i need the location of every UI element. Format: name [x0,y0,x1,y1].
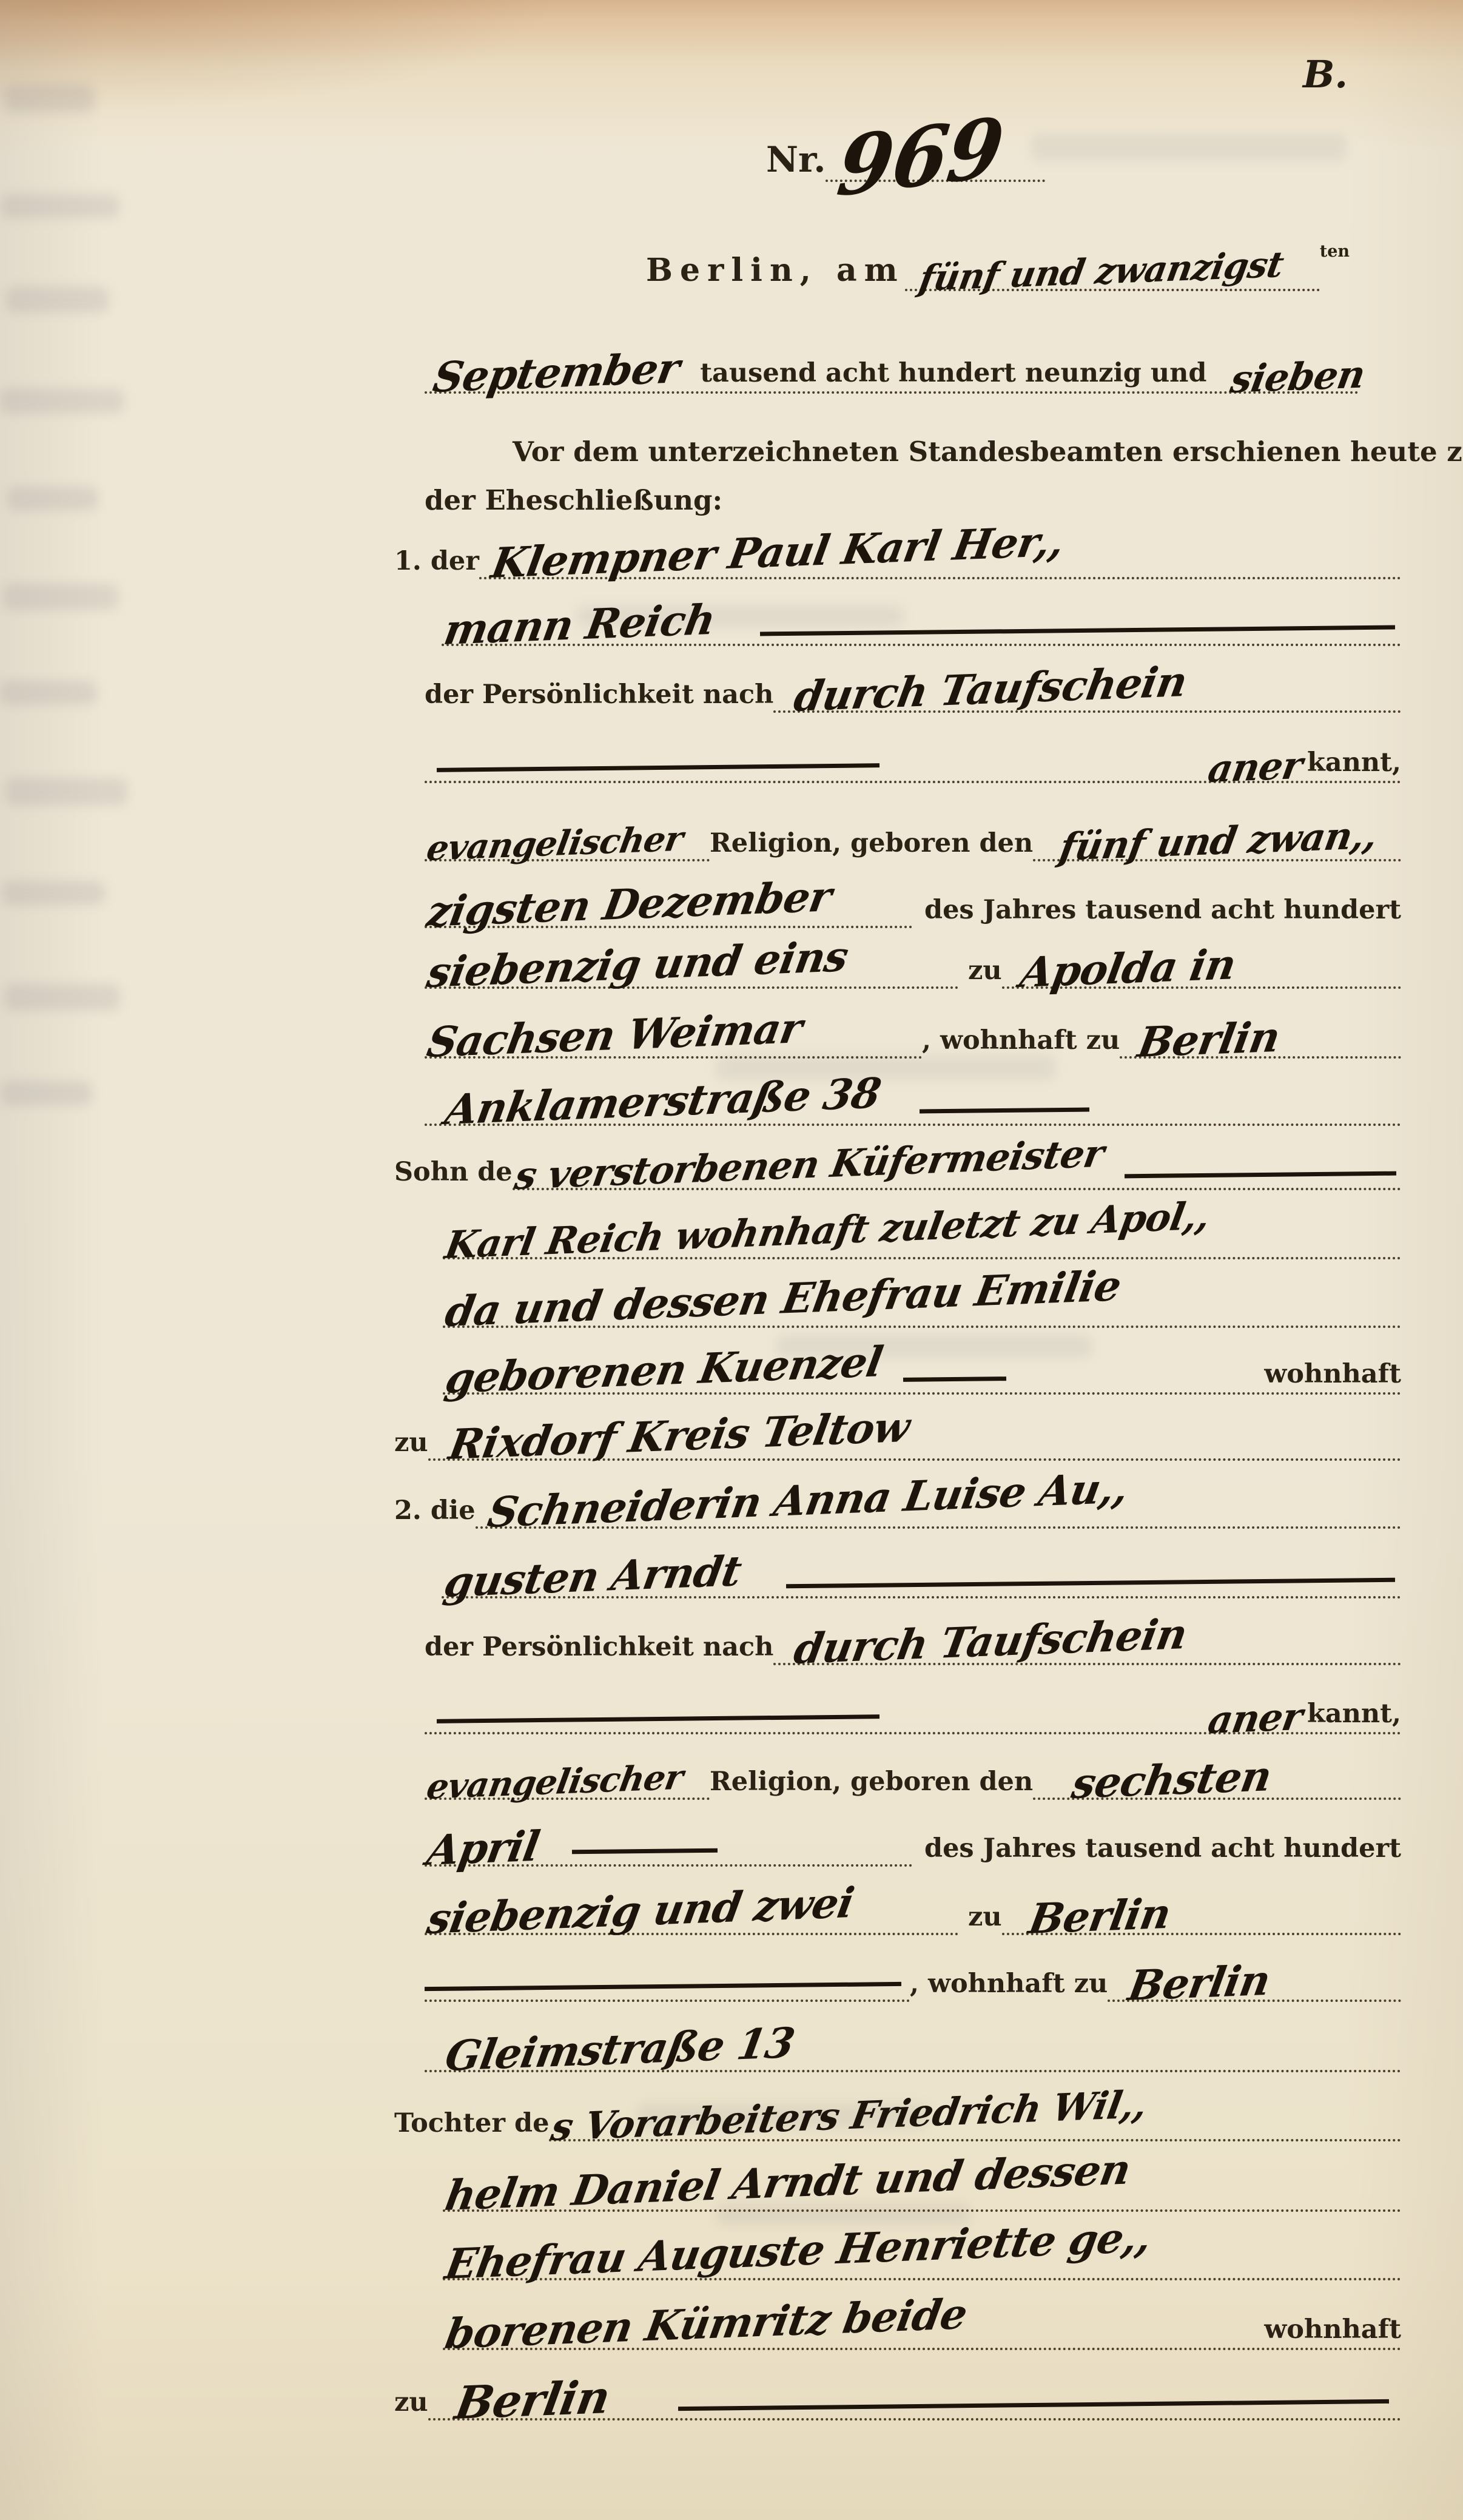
bride-birth-place: Berlin [1026,1897,1173,1938]
bride-address-row: Gleimstraße 13 [425,2012,1401,2072]
groom-residence-fill: Berlin [1120,1026,1401,1059]
groom-recognized-row: aner kannt, [425,723,1401,783]
ink-dash [425,1982,901,1991]
bride-residence-dash-fill [425,1984,910,2002]
ink-dash [760,625,1395,636]
bride-religion-row: evangelischer Religion, geboren den sech… [425,1742,1401,1800]
groom-birth-place-fill: Apolda in [1002,956,1401,989]
groom-name-line-1: Klempner Paul Karl Her,, [489,525,1066,582]
bleedthrough-smudge [3,584,118,610]
bride-religion-label: Religion, geboren den [710,1769,1033,1800]
bride-identity-label: der Persönlichkeit nach [425,1634,773,1665]
bride-parents-fill-1: s Vorarbeiters Friedrich Wil,, [549,2112,1401,2141]
bride-identity-fill: durch Taufschein [773,1632,1401,1665]
bride-religion-value: evangelischer [425,1764,685,1802]
groom-parents-residence-row: zu Rixdorf Kreis Teltow [394,1403,1401,1461]
groom-parents-fill-1: s verstorbenen Küfermeister [513,1161,1401,1190]
groom-parents-residence-zu: zu [394,1430,428,1461]
ink-dash [1125,1171,1396,1179]
bride-parents-row-1: Tochter de s Vorarbeiters Friedrich Wil,… [394,2084,1401,2141]
groom-birth-month-row: zigsten Dezember des Jahres tausend acht… [425,871,1401,928]
bride-parents-line-3: Ehefrau Auguste Henriette ge,, [443,2220,1154,2283]
bride-recognized-row: aner kannt, [425,1674,1401,1734]
groom-parents-row-3: da und dessen Ehefrau Emilie [443,1268,1401,1328]
groom-birth-place-label: zu [968,958,1002,989]
bride-name-line-1: Schneiderin Anna Luise Au,, [485,1471,1131,1531]
bride-parents-line-1: s Vorarbeiters Friedrich Wil,, [549,2089,1149,2144]
bride-birth-month-fill: April [425,1834,912,1867]
bride-birth-place-fill: Berlin [1002,1902,1401,1935]
groom-identity-label: der Persönlichkeit nach [425,682,773,713]
groom-residence-row: Sachsen Weimar , wohnhaft zu Berlin [425,1001,1401,1059]
page-letter: B. [1303,52,1348,96]
dateline-year-value: sieben [1228,359,1367,396]
bride-parents-residence-row: zu Berlin [394,2363,1401,2421]
bride-birth-month-row: April des Jahres tausend acht hundert [425,1809,1401,1867]
intro-line-2: der Eheschließung: [425,480,722,520]
ink-dash [786,1578,1395,1589]
bride-parents-row-2: helm Daniel Arndt und dessen [443,2152,1401,2212]
groom-index-label: 1. der [394,548,479,579]
groom-parents-row-1: Sohn de s verstorbenen Küfermeister [394,1133,1401,1190]
bride-residence-fill: Berlin [1108,1969,1401,2002]
groom-parents-line-3: da und dessen Ehefrau Emilie [443,1269,1123,1330]
groom-parents-line-2: Karl Reich wohnhaft zuletzt zu Apol,, [443,1201,1212,1262]
bleedthrough-smudge [4,85,95,113]
ink-dash [437,1714,879,1723]
groom-residence-value: Berlin [1135,1020,1282,1061]
groom-parents-residence-value: Rixdorf Kreis Teltow [446,1410,912,1463]
record-number-fill: 969 [826,135,1045,182]
bride-birth-day: sechsten [1069,1759,1274,1802]
dateline-day-fill: fünf und zwanzigst [905,264,1320,291]
groom-parents-label: Sohn de [394,1159,513,1190]
bleedthrough-smudge [5,984,120,1011]
ink-dash [678,2399,1389,2411]
bleedthrough-smudge [6,778,127,806]
groom-parents-row-4: geborenen Kuenzel wohnhaft [443,1335,1401,1395]
groom-name-fill-1: Klempner Paul Karl Her,, [479,547,1401,579]
groom-recognized-print: kannt, [1307,750,1401,781]
bride-birth-year: siebenzig und zwei [425,1886,856,1938]
dateline-city-label: Berlin, am [646,255,905,291]
dateline-year-row: September tausend acht hundert neunzig u… [425,315,1359,394]
groom-birth-day: fünf und zwan,, [1057,820,1379,864]
dateline-day-value: fünf und zwanzigst [917,249,1285,294]
marriage-register-page: B. Nr. 969 Berlin, am fünf und zwanzigst… [0,0,1463,2520]
bride-birth-month: April [425,1830,542,1869]
groom-religion-label: Religion, geboren den [710,830,1033,861]
bride-parents-line-4: borenen Kümritz beide [443,2297,969,2353]
groom-name-line-2: mann Reich [442,603,718,649]
ink-dash [903,1376,1006,1382]
groom-identity-value: durch Taufschein [792,665,1189,715]
groom-name-row-1: 1. der Klempner Paul Karl Her,, [394,522,1401,579]
dateline-year-printed: tausend acht hundert neunzig und [700,360,1206,391]
bride-parents-row-4: borenen Kümritz beide wohnhaft [443,2290,1401,2350]
bride-name-line-2: gusten Arndt [442,1554,744,1601]
groom-birth-place: Apolda in [1018,948,1238,991]
bride-name-row-1: 2. die Schneiderin Anna Luise Au,, [394,1471,1401,1529]
bride-index-label: 2. die [394,1498,476,1529]
groom-recognized-hand: aner [1206,750,1304,786]
groom-religion-row: evangelischer Religion, geboren den fünf… [425,804,1401,861]
groom-address-value: Anklamerstraße 38 [443,1076,883,1128]
groom-birth-month-fill: zigsten Dezember [425,895,912,928]
groom-parents-residence-label: wohnhaft [1264,1361,1401,1392]
bleedthrough-smudge [1031,135,1347,161]
bride-parents-row-3: Ehefrau Auguste Henriette ge,, [443,2220,1401,2280]
groom-birth-place-cont: Sachsen Weimar [425,1011,804,1061]
bride-recognized-print: kannt, [1307,1701,1401,1732]
ink-dash [920,1108,1089,1114]
bride-name-fill-1: Schneiderin Anna Luise Au,, [476,1496,1401,1529]
groom-identity-row: der Persönlichkeit nach durch Taufschein [425,655,1401,713]
bride-recognized-hand: aner [1206,1701,1304,1737]
bride-residence-label: , wohnhaft zu [910,1971,1108,2002]
bleedthrough-smudge [1,1081,92,1105]
bride-birth-year-label: des Jahres tausend acht hundert [924,1836,1401,1867]
bride-birth-year-row: siebenzig und zwei zu Berlin [425,1878,1401,1935]
dateline-day-row: Berlin, am fünf und zwanzigst ten [646,223,1350,291]
groom-birth-year-label: des Jahres tausend acht hundert [924,897,1401,928]
bride-parents-label: Tochter de [394,2111,549,2141]
bride-name-row-2: gusten Arndt [442,1541,1401,1599]
bride-identity-row: der Persönlichkeit nach durch Taufschein [425,1608,1401,1665]
record-number-label: Nr. [766,142,826,182]
bleedthrough-smudge [1,194,119,218]
groom-birth-year-fill: siebenzig und eins [425,956,958,989]
ink-dash [437,763,879,772]
groom-birthday-fill: fünf und zwan,, [1033,832,1401,861]
bride-name-fill-2: gusten Arndt [442,1566,1401,1599]
bride-birthday-fill: sechsten [1033,1767,1401,1800]
bride-birth-place-label: zu [968,1904,1002,1935]
bride-parents-line-2: helm Daniel Arndt und dessen [443,2152,1132,2214]
groom-birth-year: siebenzig und eins [425,940,850,991]
bleedthrough-smudge [2,881,106,905]
bride-residence-value: Berlin [1126,1964,1273,2004]
groom-parents-residence-fill: Rixdorf Kreis Teltow [428,1428,1401,1461]
groom-name-fill-2: mann Reich [442,613,1401,646]
groom-religion-value: evangelischer [425,825,685,864]
groom-religion-fill: evangelischer [425,835,710,861]
groom-identity-fill: durch Taufschein [773,680,1401,713]
groom-birth-day-cont: zigsten Dezember [425,880,833,931]
groom-residence-label: , wohnhaft zu [922,1028,1120,1059]
intro-line-1: Vor dem unterzeichneten Standesbeamten e… [513,432,1463,471]
bleedthrough-smudge [0,388,124,414]
bride-birth-year-fill: siebenzig und zwei [425,1902,958,1935]
groom-parents-line-1: s verstorbenen Küfermeister [513,1138,1106,1193]
bride-parents-residence-fill: Berlin [428,2385,1401,2421]
ink-dash [572,1848,718,1855]
bleedthrough-smudge [6,286,109,313]
bleedthrough-smudge [7,487,98,511]
bride-parents-residence-zu: zu [394,2390,428,2421]
bride-address-value: Gleimstraße 13 [443,2026,796,2075]
dateline-day-suffix: ten [1320,243,1350,291]
groom-address-row: Anklamerstraße 38 [425,1066,1401,1126]
bride-parents-residence-value: Berlin [452,2379,612,2423]
groom-parents-row-2: Karl Reich wohnhaft zuletzt zu Apol,, [443,1199,1401,1259]
bride-residence-row: , wohnhaft zu Berlin [425,1944,1401,2002]
bride-religion-fill: evangelischer [425,1773,710,1800]
bleedthrough-smudge [0,681,97,705]
groom-birth-year-row: siebenzig und eins zu Apolda in [425,931,1401,989]
bride-parents-residence-label: wohnhaft [1264,2317,1401,2348]
groom-birth-place-cont-fill: Sachsen Weimar [425,1026,922,1059]
record-number-value: 969 [834,113,1007,203]
dateline-month-value: September [431,351,682,396]
groom-name-row-2: mann Reich [442,588,1401,646]
record-number-line: Nr. 969 [766,115,1045,182]
bride-identity-value: durch Taufschein [792,1617,1189,1668]
groom-parents-line-4: geborenen Kuenzel [443,1345,885,1397]
